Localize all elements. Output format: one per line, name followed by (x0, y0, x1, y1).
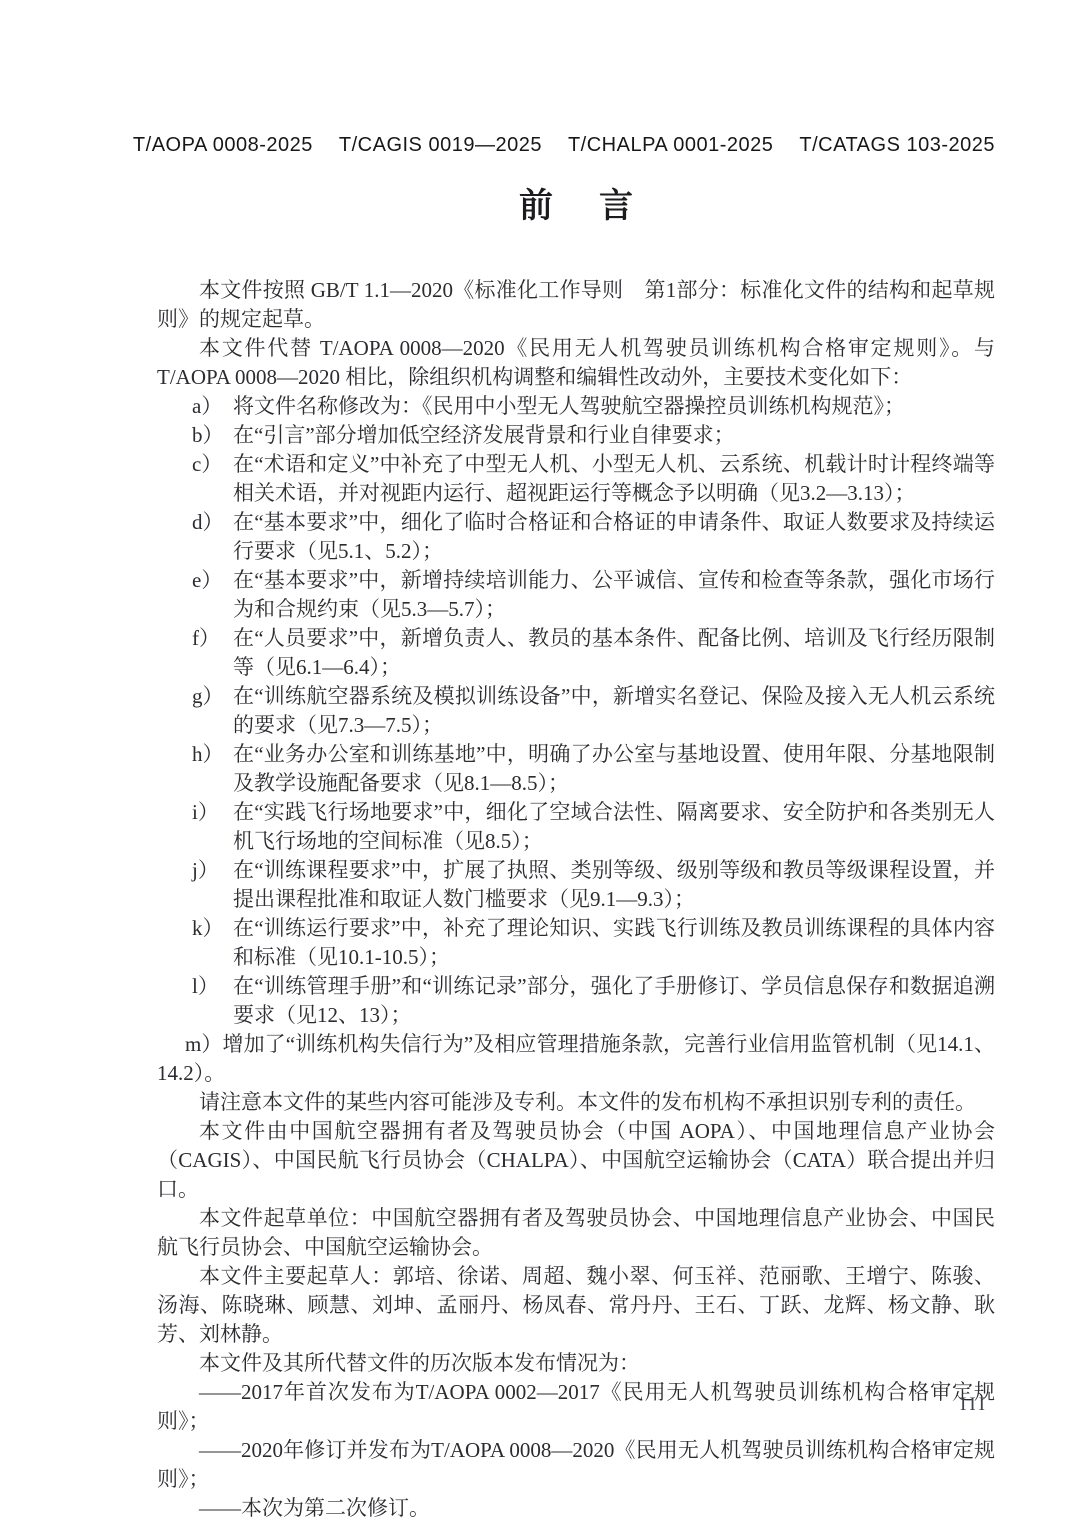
title-char-qian: 前 (519, 178, 553, 227)
list-text: 在“基本要求”中，细化了临时合格证和合格证的申请条件、取证人数要求及持续运行要求… (233, 510, 995, 563)
standard-code-catags: T/CATAGS 103-2025 (799, 134, 995, 157)
standard-code-aopa: T/AOPA 0008-2025 (133, 134, 313, 157)
list-text: 在“业务办公室和训练基地”中，明确了办公室与基地设置、使用年限、分基地限制及教学… (233, 742, 995, 795)
list-letter: a） (192, 392, 222, 421)
list-letter: e） (192, 566, 222, 595)
list-item-h: h） 在“业务办公室和训练基地”中，明确了办公室与基地设置、使用年限、分基地限制… (157, 740, 995, 798)
drafting-orgs-paragraph: 本文件起草单位：中国航空器拥有者及驾驶员协会、中国地理信息产业协会、中国民航飞行… (157, 1204, 995, 1262)
page-content: T/AOPA 0008-2025 T/CAGIS 0019—2025 T/CHA… (157, 0, 995, 1523)
list-letter: b） (192, 421, 224, 450)
standard-code-cagis: T/CAGIS 0019—2025 (339, 134, 542, 157)
list-letter: h） (192, 740, 224, 769)
list-text: 在“实践飞行场地要求”中，细化了空域合法性、隔离要求、安全防护和各类别无人机飞行… (233, 800, 995, 853)
list-item-b: b） 在“引言”部分增加低空经济发展背景和行业自律要求； (157, 421, 995, 450)
document-page: T/AOPA 0008-2025 T/CAGIS 0019—2025 T/CHA… (0, 0, 1080, 1527)
list-letter: l） (192, 972, 219, 1001)
list-letter: c） (192, 450, 222, 479)
history-entry-2020: ——2020年修订并发布为T/AOPA 0008—2020《民用无人机驾驶员训练… (157, 1436, 995, 1494)
list-text: 在“训练管理手册”和“训练记录”部分，强化了手册修订、学员信息保存和数据追溯要求… (233, 974, 995, 1027)
list-item-c: c） 在“术语和定义”中补充了中型无人机、小型无人机、云系统、机载计时计程终端等… (157, 450, 995, 508)
title-char-yan: 言 (599, 178, 633, 227)
drafters-paragraph: 本文件主要起草人：郭培、徐诺、周超、魏小翠、何玉祥、范丽歌、王增宁、陈骏、汤海、… (157, 1262, 995, 1349)
list-item-e: e） 在“基本要求”中，新增持续培训能力、公平诚信、宣传和检查等条款，强化市场行… (157, 566, 995, 624)
list-item-d: d） 在“基本要求”中，细化了临时合格证和合格证的申请条件、取证人数要求及持续运… (157, 508, 995, 566)
list-item-k: k） 在“训练运行要求”中，补充了理论知识、实践飞行训练及教员训练课程的具体内容… (157, 914, 995, 972)
list-item-m: m）增加了“训练机构失信行为”及相应管理措施条款，完善行业信用监管机制（见14.… (157, 1030, 995, 1088)
page-number: III (960, 1394, 988, 1416)
list-item-l: l） 在“训练管理手册”和“训练记录”部分，强化了手册修订、学员信息保存和数据追… (157, 972, 995, 1030)
standard-codes-header: T/AOPA 0008-2025 T/CAGIS 0019—2025 T/CHA… (157, 134, 995, 157)
list-text: 在“训练航空器系统及模拟训练设备”中，新增实名登记、保险及接入无人机云系统的要求… (233, 684, 995, 737)
list-text: 在“人员要求”中，新增负责人、教员的基本条件、配备比例、培训及飞行经历限制等（见… (233, 626, 995, 679)
list-letter: j） (192, 856, 219, 885)
history-entry-2017: ——2017年首次发布为T/AOPA 0002—2017《民用无人机驾驶员训练机… (157, 1378, 995, 1436)
list-text: 在“训练运行要求”中，补充了理论知识、实践飞行训练及教员训练课程的具体内容和标准… (233, 916, 995, 969)
list-text: 在“术语和定义”中补充了中型无人机、小型无人机、云系统、机载计时计程终端等相关术… (233, 452, 995, 505)
proposed-by-paragraph: 本文件由中国航空器拥有者及驾驶员协会（中国 AOPA）、中国地理信息产业协会（C… (157, 1117, 995, 1204)
list-letter: f） (192, 624, 220, 653)
change-list: a） 将文件名称修改为：《民用中小型无人驾驶航空器操控员训练机构规范》； b） … (157, 392, 995, 1030)
foreword-body: 本文件按照 GB/T 1.1—2020《标准化工作导则 第1部分：标准化文件的结… (157, 276, 995, 1523)
list-letter: g） (192, 682, 224, 711)
list-letter: k） (192, 914, 224, 943)
list-letter: i） (192, 798, 219, 827)
list-text: 在“训练课程要求”中，扩展了执照、类别等级、级别等级和教员等级课程设置，并提出课… (233, 858, 995, 911)
list-letter: d） (192, 508, 224, 537)
list-item-i: i） 在“实践飞行场地要求”中，细化了空域合法性、隔离要求、安全防护和各类别无人… (157, 798, 995, 856)
list-item-f: f） 在“人员要求”中，新增负责人、教员的基本条件、配备比例、培训及飞行经历限制… (157, 624, 995, 682)
patent-note-paragraph: 请注意本文件的某些内容可能涉及专利。本文件的发布机构不承担识别专利的责任。 (157, 1088, 995, 1117)
list-item-g: g） 在“训练航空器系统及模拟训练设备”中，新增实名登记、保险及接入无人机云系统… (157, 682, 995, 740)
list-item-a: a） 将文件名称修改为：《民用中小型无人驾驶航空器操控员训练机构规范》； (157, 392, 995, 421)
list-text: 将文件名称修改为：《民用中小型无人驾驶航空器操控员训练机构规范》； (233, 394, 905, 418)
list-text: 在“基本要求”中，新增持续培训能力、公平诚信、宣传和检查等条款，强化市场行为和合… (233, 568, 995, 621)
intro-paragraph-replacement: 本文件代替 T/AOPA 0008—2020《民用无人机驾驶员训练机构合格审定规… (157, 334, 995, 392)
history-entry-current: ——本次为第二次修订。 (157, 1494, 995, 1523)
history-intro-paragraph: 本文件及其所代替文件的历次版本发布情况为： (157, 1349, 995, 1378)
intro-paragraph-drafting-rules: 本文件按照 GB/T 1.1—2020《标准化工作导则 第1部分：标准化文件的结… (157, 276, 995, 334)
standard-code-chalpa: T/CHALPA 0001-2025 (568, 134, 773, 157)
list-item-j: j） 在“训练课程要求”中，扩展了执照、类别等级、级别等级和教员等级课程设置，并… (157, 856, 995, 914)
list-text: 在“引言”部分增加低空经济发展背景和行业自律要求； (233, 423, 735, 447)
page-title: 前 言 (157, 178, 995, 227)
